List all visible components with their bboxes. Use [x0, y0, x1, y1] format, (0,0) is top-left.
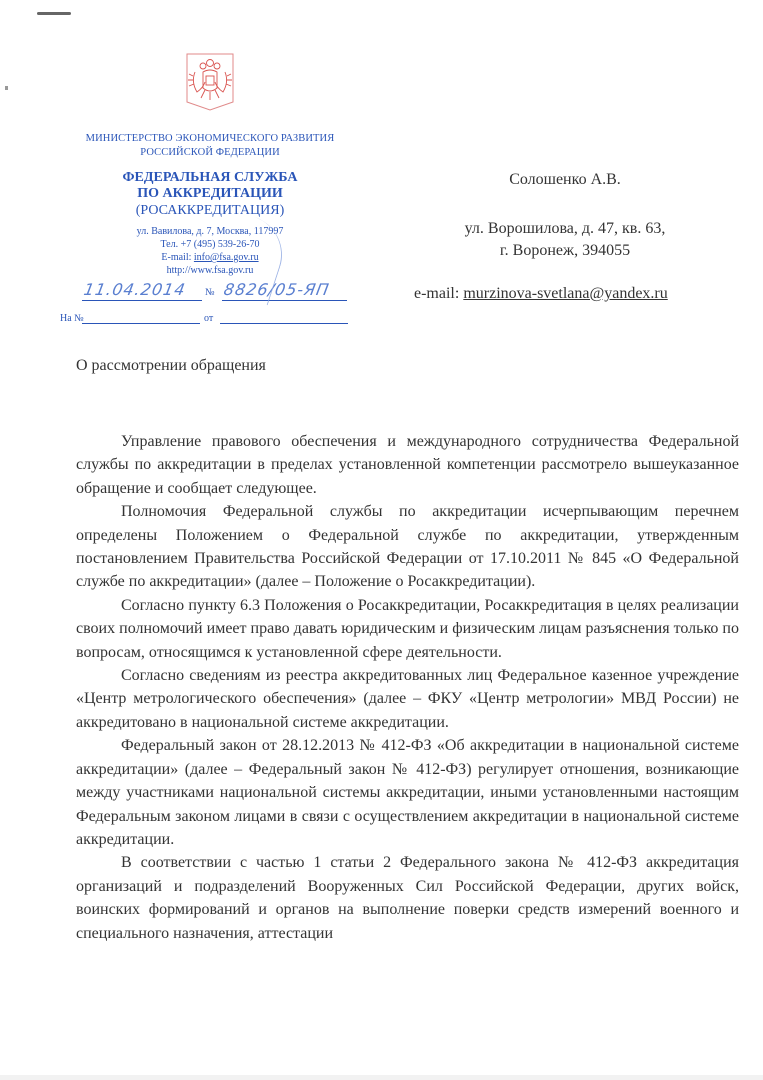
letter-body: Управление правового обеспечения и между…	[76, 430, 739, 945]
staple-mark	[37, 12, 71, 15]
addressee-address-line-2: г. Воронеж, 394055	[400, 240, 730, 262]
registration-number-label: №	[205, 287, 215, 298]
body-paragraph: Федеральный закон от 28.12.2013 № 412-ФЗ…	[76, 734, 739, 851]
reply-to-field	[82, 311, 200, 324]
page-bottom-edge	[0, 1075, 763, 1080]
service-contacts: ул. Вавилова, д. 7, Москва, 117997 Тел. …	[60, 225, 360, 277]
addressee-block: Солошенко А.В. ул. Ворошилова, д. 47, кв…	[400, 170, 730, 304]
reply-from-label: от	[204, 313, 213, 324]
service-abbreviation: (РОСАККРЕДИТАЦИЯ)	[60, 202, 360, 219]
registration-date-field: 11.04.2014	[82, 282, 202, 301]
service-line-2: ПО АККРЕДИТАЦИИ	[60, 186, 360, 202]
body-paragraph: В соответствии с частью 1 статьи 2 Федер…	[76, 851, 739, 945]
reply-from-field	[220, 311, 348, 324]
ministry-line-2: РОССИЙСКОЙ ФЕДЕРАЦИИ	[60, 146, 360, 160]
service-phone: Тел. +7 (495) 539-26-70	[60, 238, 360, 251]
addressee-email-row: e-mail: murzinova-svetlana@yandex.ru	[400, 284, 730, 304]
body-paragraph: Согласно пункту 6.3 Положения о Росаккре…	[76, 594, 739, 664]
reply-to-label: На №	[60, 313, 84, 324]
scan-speck	[5, 86, 8, 90]
service-line-1: ФЕДЕРАЛЬНАЯ СЛУЖБА	[60, 170, 360, 186]
body-paragraph: Согласно сведениям из реестра аккредитов…	[76, 664, 739, 734]
service-email-row: E-mail: info@fsa.gov.ru	[60, 251, 360, 264]
body-paragraph: Управление правового обеспечения и между…	[76, 430, 739, 500]
addressee-email-label: e-mail:	[414, 285, 463, 302]
service-address: ул. Вавилова, д. 7, Москва, 117997	[60, 225, 360, 238]
registration-line: 11.04.2014 № 8826/05-ЯП	[60, 281, 360, 303]
addressee-address-line-1: ул. Ворошилова, д. 47, кв. 63,	[400, 218, 730, 240]
addressee-email-link[interactable]: murzinova-svetlana@yandex.ru	[463, 285, 667, 302]
coat-of-arms-icon	[185, 52, 235, 114]
addressee-name: Солошенко А.В.	[400, 170, 730, 190]
letter-subject: О рассмотрении обращения	[76, 357, 266, 375]
handwritten-date: 11.04.2014	[82, 280, 187, 299]
ministry-name: МИНИСТЕРСТВО ЭКОНОМИЧЕСКОГО РАЗВИТИЯ РОС…	[60, 132, 360, 160]
letterhead: МИНИСТЕРСТВО ЭКОНОМИЧЕСКОГО РАЗВИТИЯ РОС…	[60, 52, 360, 327]
ministry-line-1: МИНИСТЕРСТВО ЭКОНОМИЧЕСКОГО РАЗВИТИЯ	[60, 132, 360, 146]
service-email-label: E-mail:	[161, 252, 194, 263]
service-website-link[interactable]: http://www.fsa.gov.ru	[60, 264, 360, 277]
reply-reference-line: На № от	[60, 311, 360, 327]
service-name: ФЕДЕРАЛЬНАЯ СЛУЖБА ПО АККРЕДИТАЦИИ	[60, 170, 360, 202]
body-paragraph: Полномочия Федеральной службы по аккреди…	[76, 500, 739, 594]
